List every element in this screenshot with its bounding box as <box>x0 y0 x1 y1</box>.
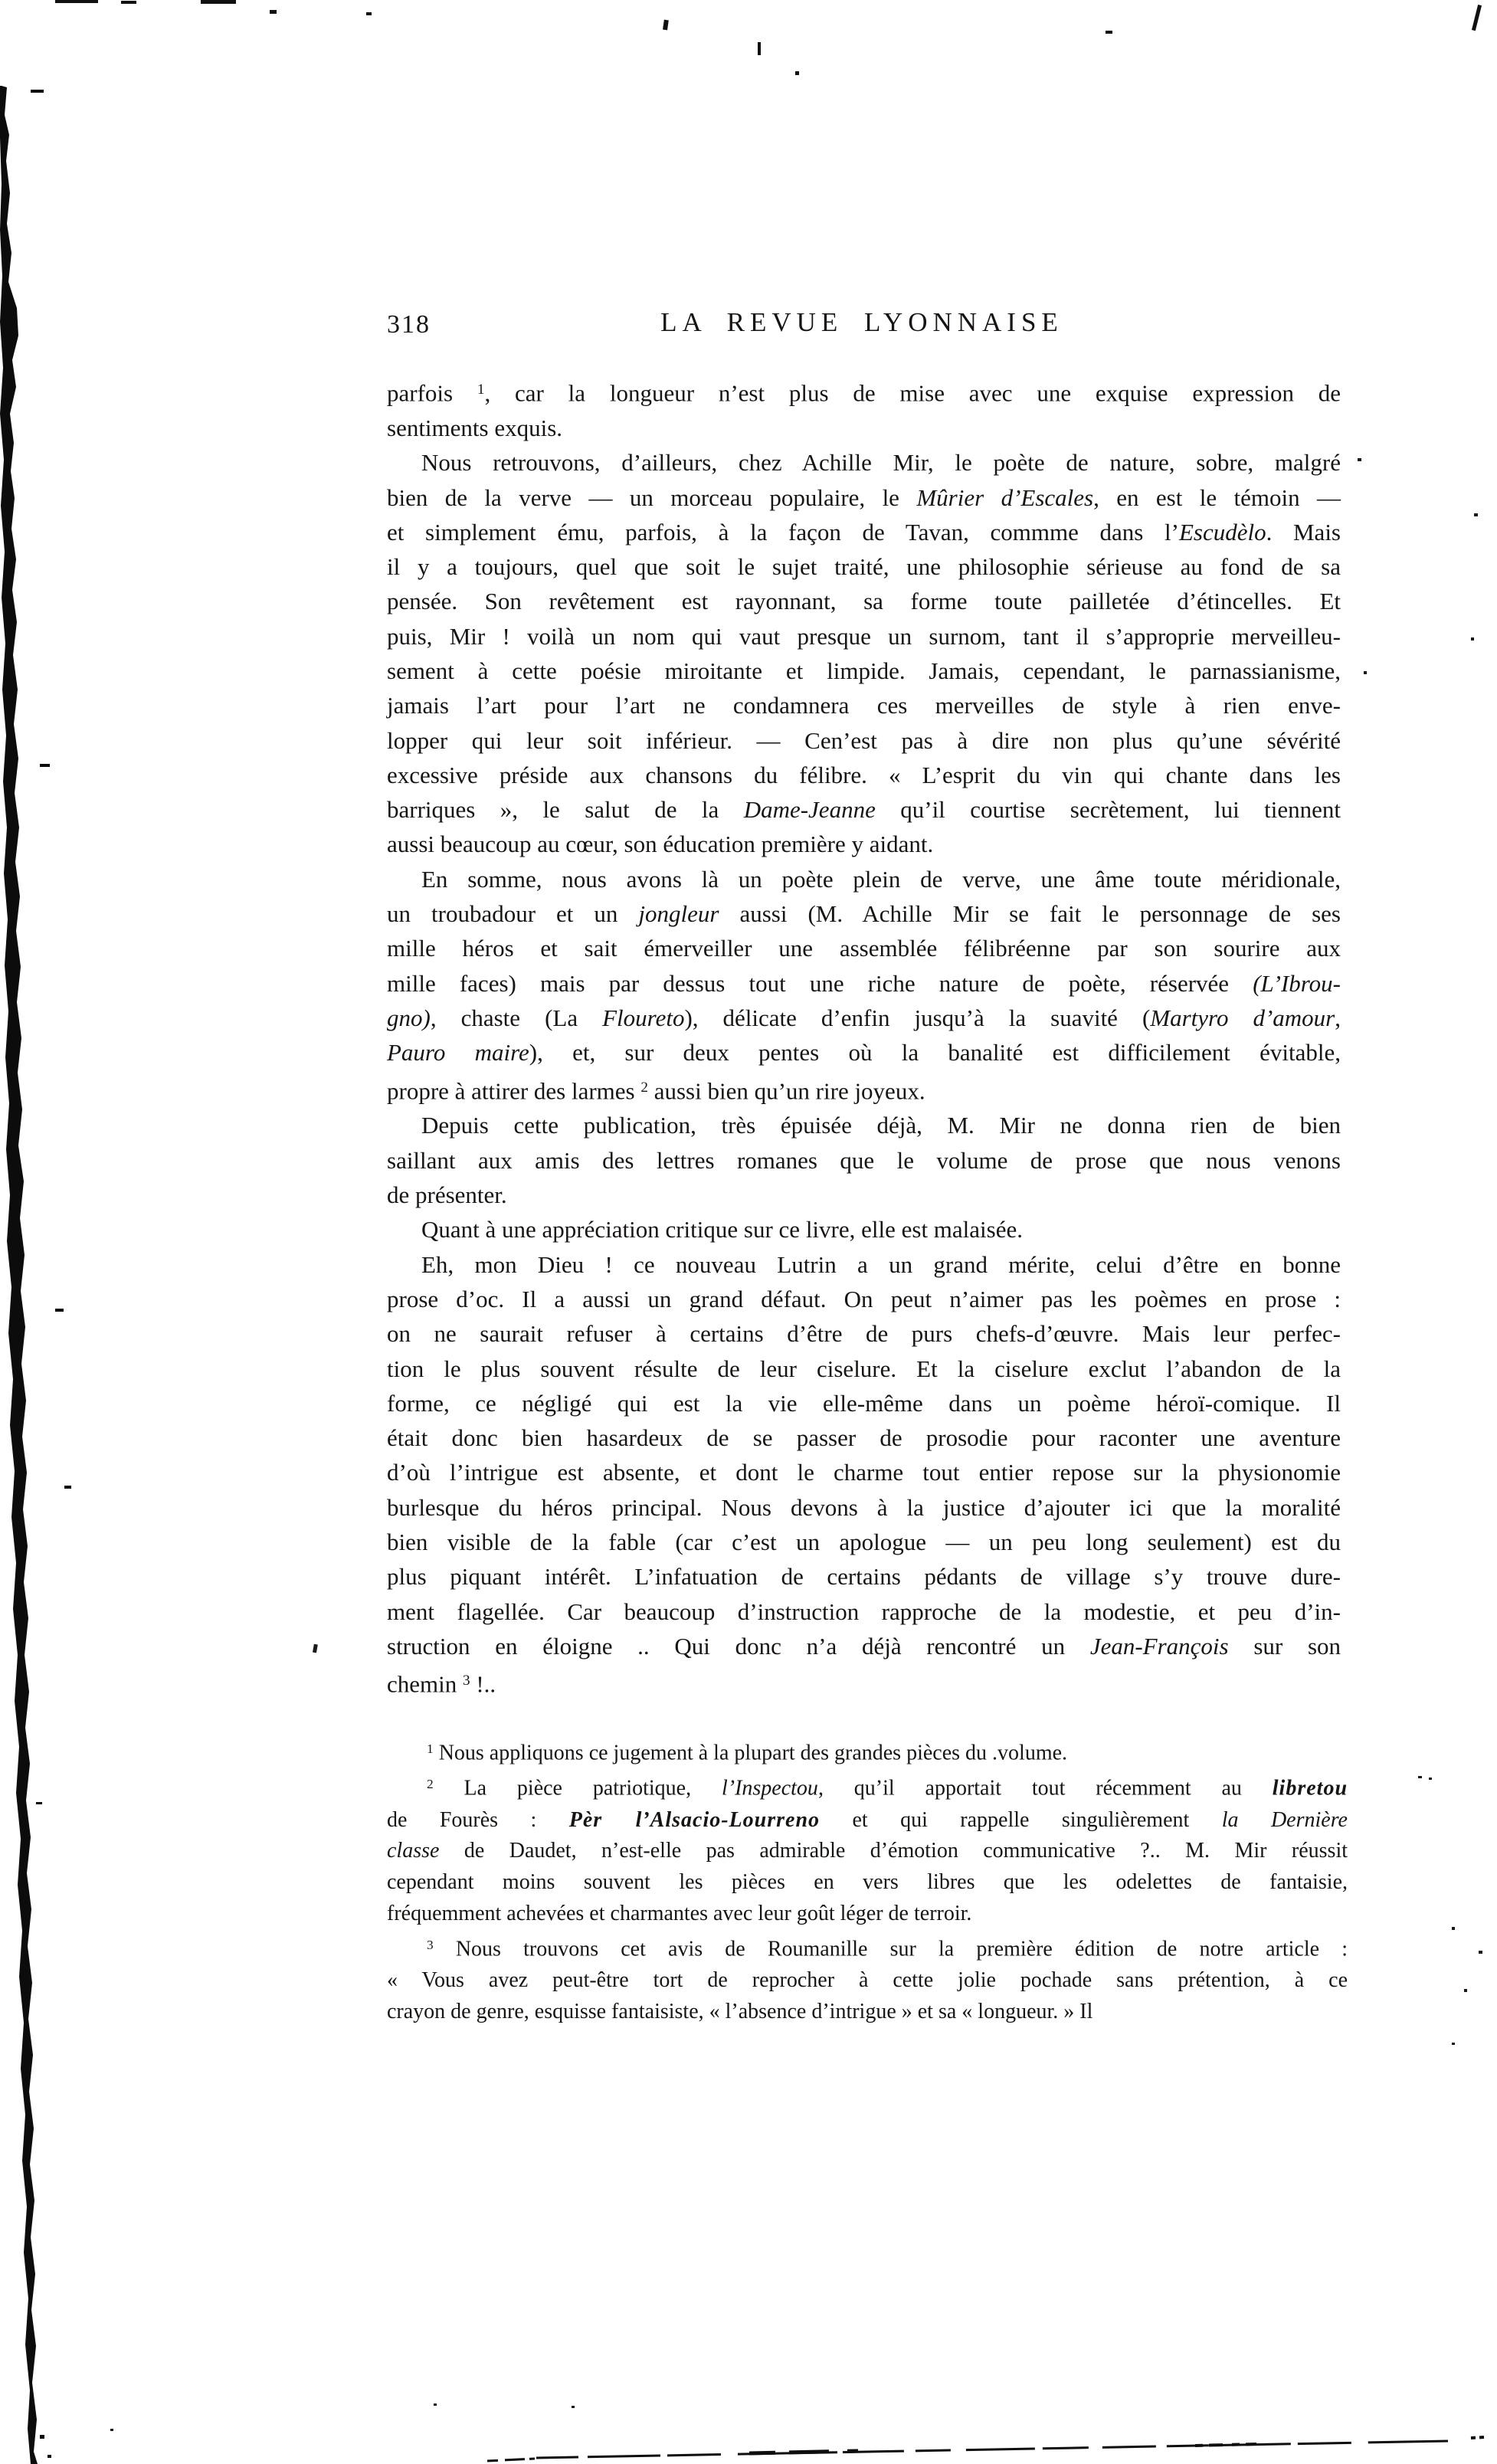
text-line: propre à attirer des larmes 2 aussi bien… <box>387 1070 1341 1109</box>
scan-edge-artifact <box>0 86 71 2464</box>
text-line: lopper qui leur soit inférieur. — Cen’es… <box>387 723 1341 758</box>
page-header: 318 LA REVUE LYONNAISE <box>387 307 1337 346</box>
body-text: parfois 1, car la longueur n’est plus de… <box>387 372 1341 1702</box>
text-line: forme, ce négligé qui est la vie elle-mê… <box>387 1386 1341 1420</box>
text-line: barriques », le salut de la Dame-Jeanne … <box>387 792 1341 827</box>
top-edge-marks <box>55 0 1482 75</box>
text-line: de Fourès : Pèr l’Alsacio-Lourreno et qu… <box>387 1805 1348 1837</box>
text-line: « Vous avez peut-être tort de reprocher … <box>387 1965 1348 1997</box>
text-line: saillant aux amis des lettres romanes qu… <box>387 1143 1341 1178</box>
text-line: ment flagellée. Car beaucoup d’instructi… <box>387 1594 1341 1629</box>
text-line: aussi beaucoup au cœur, son éducation pr… <box>387 827 1341 861</box>
text-line: jamais l’art pour l’art ne condamnera ce… <box>387 688 1341 722</box>
text-line: gno), chaste (La Floureto), délicate d’e… <box>387 1001 1341 1035</box>
text-line: prose d’oc. Il a aussi un grand défaut. … <box>387 1282 1341 1316</box>
text-line: chemin 3 !.. <box>387 1663 1341 1702</box>
text-line: Pauro maire), et, sur deux pentes où la … <box>387 1035 1341 1070</box>
text-line: struction en éloigne .. Qui donc n’a déj… <box>387 1629 1341 1663</box>
journal-title: LA REVUE LYONNAISE <box>387 307 1337 338</box>
text-line: fréquemment achevées et charmantes avec … <box>387 1899 1348 1930</box>
text-line: sement à cette poésie miroitante et limp… <box>387 654 1341 688</box>
text-line: et simplement ému, parfois, à la façon d… <box>387 515 1341 549</box>
text-line: de présenter. <box>387 1178 1341 1212</box>
bottom-rule-artifact <box>487 2437 1485 2461</box>
text-line: il y a toujours, quel que soit le sujet … <box>387 549 1341 584</box>
text-line: bien de la verve — un morceau populaire,… <box>387 480 1341 515</box>
text-line: classe de Daudet, n’est-elle pas admirab… <box>387 1836 1348 1867</box>
text-line: Eh, mon Dieu ! ce nouveau Lutrin a un gr… <box>387 1247 1341 1282</box>
text-line: mille héros et sait émerveiller une asse… <box>387 931 1341 965</box>
scanned-page: 318 LA REVUE LYONNAISE parfois 1, car la… <box>0 0 1497 2464</box>
text-line: 1 Nous appliquons ce jugement à la plupa… <box>387 1734 1348 1769</box>
text-line: 2 La pièce patriotique, l’Inspectou, qu’… <box>387 1769 1348 1804</box>
text-line: on ne saurait refuser à certains d’être … <box>387 1316 1341 1351</box>
text-line: 3 Nous trouvons cet avis de Roumanille s… <box>387 1930 1348 1965</box>
text-line: parfois 1, car la longueur n’est plus de… <box>387 372 1341 411</box>
text-line: plus piquant intérêt. L’infatuation de c… <box>387 1559 1341 1594</box>
text-line: Quant à une appréciation critique sur ce… <box>387 1212 1341 1247</box>
text-line: Depuis cette publication, très épuisée d… <box>387 1108 1341 1142</box>
text-line: tion le plus souvent résulte de leur cis… <box>387 1352 1341 1386</box>
text-line: crayon de genre, esquisse fantaisiste, «… <box>387 1997 1348 2028</box>
text-line: sentiments exquis. <box>387 411 1341 445</box>
text-line: puis, Mir ! voilà un nom qui vaut presqu… <box>387 619 1341 654</box>
text-line: burlesque du héros principal. Nous devon… <box>387 1490 1341 1525</box>
text-line: mille faces) mais par dessus tout une ri… <box>387 966 1341 1001</box>
text-line: En somme, nous avons là un poète plein d… <box>387 862 1341 896</box>
text-line: un troubadour et un jongleur aussi (M. A… <box>387 896 1341 931</box>
text-line: excessive préside aux chansons du félibr… <box>387 758 1341 792</box>
text-line: d’où l’intrigue est absente, et dont le … <box>387 1455 1341 1489</box>
footnotes: 1 Nous appliquons ce jugement à la plupa… <box>387 1734 1348 2027</box>
text-line: pensée. Son revêtement est rayonnant, sa… <box>387 584 1341 618</box>
text-line: bien visible de la fable (car c’est un a… <box>387 1525 1341 1559</box>
text-line: cependant moins souvent les pièces en ve… <box>387 1867 1348 1899</box>
text-line: Nous retrouvons, d’ailleurs, chez Achill… <box>387 445 1341 480</box>
text-line: était donc bien hasardeux de se passer d… <box>387 1420 1341 1455</box>
